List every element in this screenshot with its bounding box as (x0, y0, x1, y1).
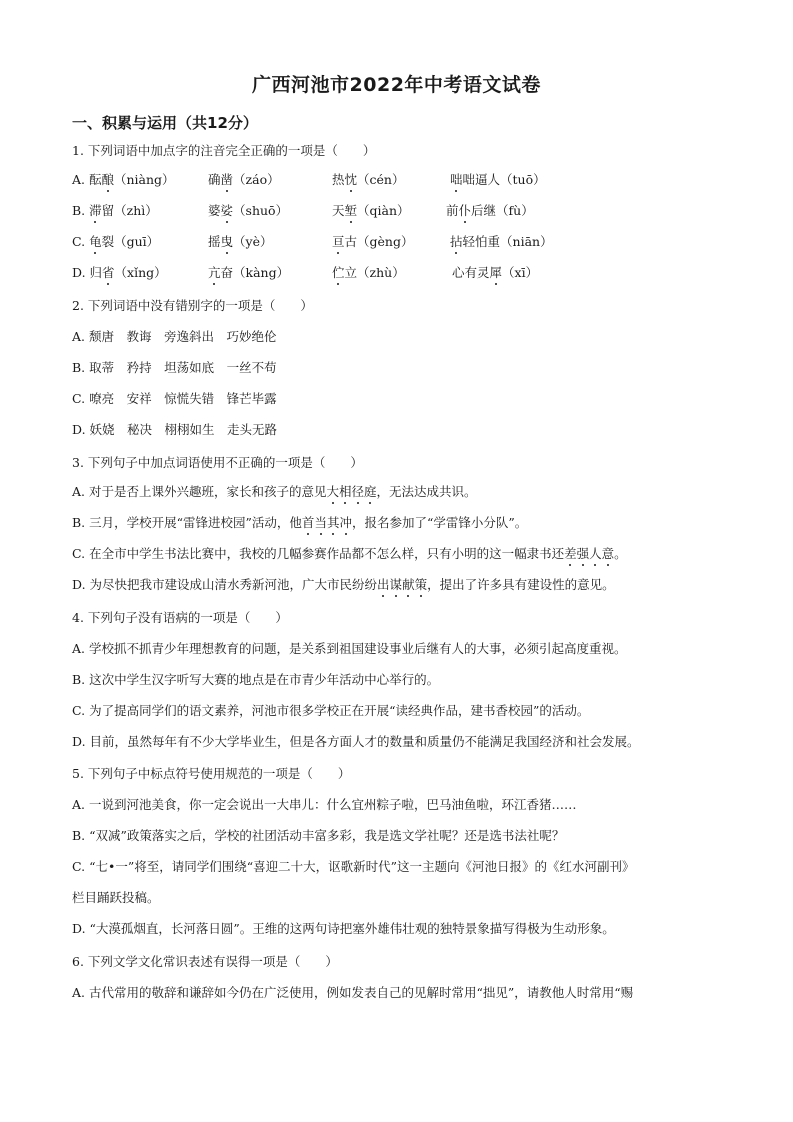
question-4-stem: 4. 下列句子没有语病的一项是（ ） (72, 610, 288, 626)
question-5-stem: 5. 下列句子中标点符号使用规范的一项是（ ） (72, 766, 350, 782)
q1-option-b-4: 前仆后继（fù） (446, 203, 534, 219)
q5-option-b: B. “双减”政策落实之后，学校的社团活动丰富多彩，我是选文学社呢？还是选书法社… (72, 828, 564, 844)
q1-option-a-3: 热忱（cén） (332, 172, 404, 188)
q1-option-c-1: C. 龟裂（guī） (72, 234, 159, 250)
q2-option-d: D. 妖娆 秘决 栩栩如生 走头无路 (72, 422, 277, 438)
q2-option-b: B. 取蒂 矜持 坦荡如底 一丝不苟 (72, 360, 277, 376)
q1-option-c-2: 摇曳（yè） (208, 234, 273, 250)
question-1-stem: 1. 下列词语中加点字的注音完全正确的一项是（ ） (72, 143, 375, 159)
q2-option-a: A. 颓唐 教诲 旁逸斜出 巧妙绝伦 (72, 329, 276, 345)
q1-option-c-4: 拈轻怕重（niān） (450, 234, 553, 250)
q3-option-a: A. 对于是否上课外兴趣班，家长和孩子的意见大相径庭，无法达成共识。 (72, 484, 477, 500)
q5-option-c: C. “七•一”将至，请同学们围绕“喜迎二十大，讴歌新时代”这一主题向《河池日报… (72, 859, 635, 875)
q4-option-a: A. 学校抓不抓青少年理想教育的问题，是关系到祖国建设事业后继有人的大事，必须引… (72, 641, 626, 657)
question-3-stem: 3. 下列句子中加点词语使用不正确的一项是（ ） (72, 455, 363, 471)
q3-option-d: D. 为尽快把我市建设成山清水秀新河池，广大市民纷纷出谋献策，提出了许多具有建设… (72, 577, 615, 593)
q1-option-a-1: A. 酝酿（niàng） (72, 172, 175, 188)
exam-page: 广西河池市2022年中考语文试卷 一、积累与运用（共12分） 1. 下列词语中加… (0, 0, 793, 1122)
section-heading: 一、积累与运用（共12分） (72, 112, 258, 133)
q1-option-d-2: 亢奋（kàng） (208, 265, 289, 281)
q1-option-a-2: 确凿（záo） (208, 172, 280, 188)
q3-option-c: C. 在全市中学生书法比赛中，我校的几幅参赛作品都不怎么样，只有小明的这一幅隶书… (72, 546, 627, 562)
q5-option-d: D. “大漠孤烟直，长河落日圆”。王维的这两句诗把塞外雄伟壮观的独特景象描写得极… (72, 921, 615, 937)
q1-option-b-1: B. 滞留（zhì） (72, 203, 158, 219)
q4-option-d: D. 目前，虽然每年有不少大学毕业生，但是各方面人才的数量和质量仍不能满足我国经… (72, 734, 640, 750)
q1-option-b-2: 婆娑（shuō） (208, 203, 288, 219)
q4-option-c: C. 为了提高同学们的语文素养，河池市很多学校正在开展“读经典作品，建书香校园”… (72, 703, 589, 719)
q5-option-a: A. 一说到河池美食，你一定会说出一大串儿：什么宜州粽子啦，巴马油鱼啦，环江香猪… (72, 797, 576, 813)
question-6-stem: 6. 下列文学文化常识表述有误得一项是（ ） (72, 954, 338, 970)
q1-option-c-3: 亘古（gèng） (332, 234, 413, 250)
q4-option-b: B. 这次中学生汉字听写大赛的地点是在市青少年活动中心举行的。 (72, 672, 439, 688)
q1-option-d-3: 伫立（zhù） (332, 265, 405, 281)
q2-option-c: C. 嘹亮 安祥 惊慌失错 锋芒毕露 (72, 391, 277, 407)
q1-option-b-3: 天堑（qiàn） (332, 203, 410, 219)
question-2-stem: 2. 下列词语中没有错别字的一项是（ ） (72, 298, 313, 314)
q1-option-d-1: D. 归省（xǐng） (72, 265, 167, 281)
q6-option-a: A. 古代常用的敬辞和谦辞如今仍在广泛使用，例如发表自己的见解时常用“拙见”，请… (72, 985, 633, 1001)
q1-option-d-4: 心有灵犀（xī） (452, 265, 538, 281)
page-title: 广西河池市2022年中考语文试卷 (0, 70, 793, 97)
q5-option-c-cont: 栏目踊跃投稿。 (72, 890, 160, 906)
q3-option-b: B. 三月，学校开展“雷锋进校园”活动，他首当其冲，报名参加了“学雷锋小分队”。 (72, 515, 527, 531)
q1-option-a-4: 咄咄逼人（tuō） (450, 172, 546, 188)
